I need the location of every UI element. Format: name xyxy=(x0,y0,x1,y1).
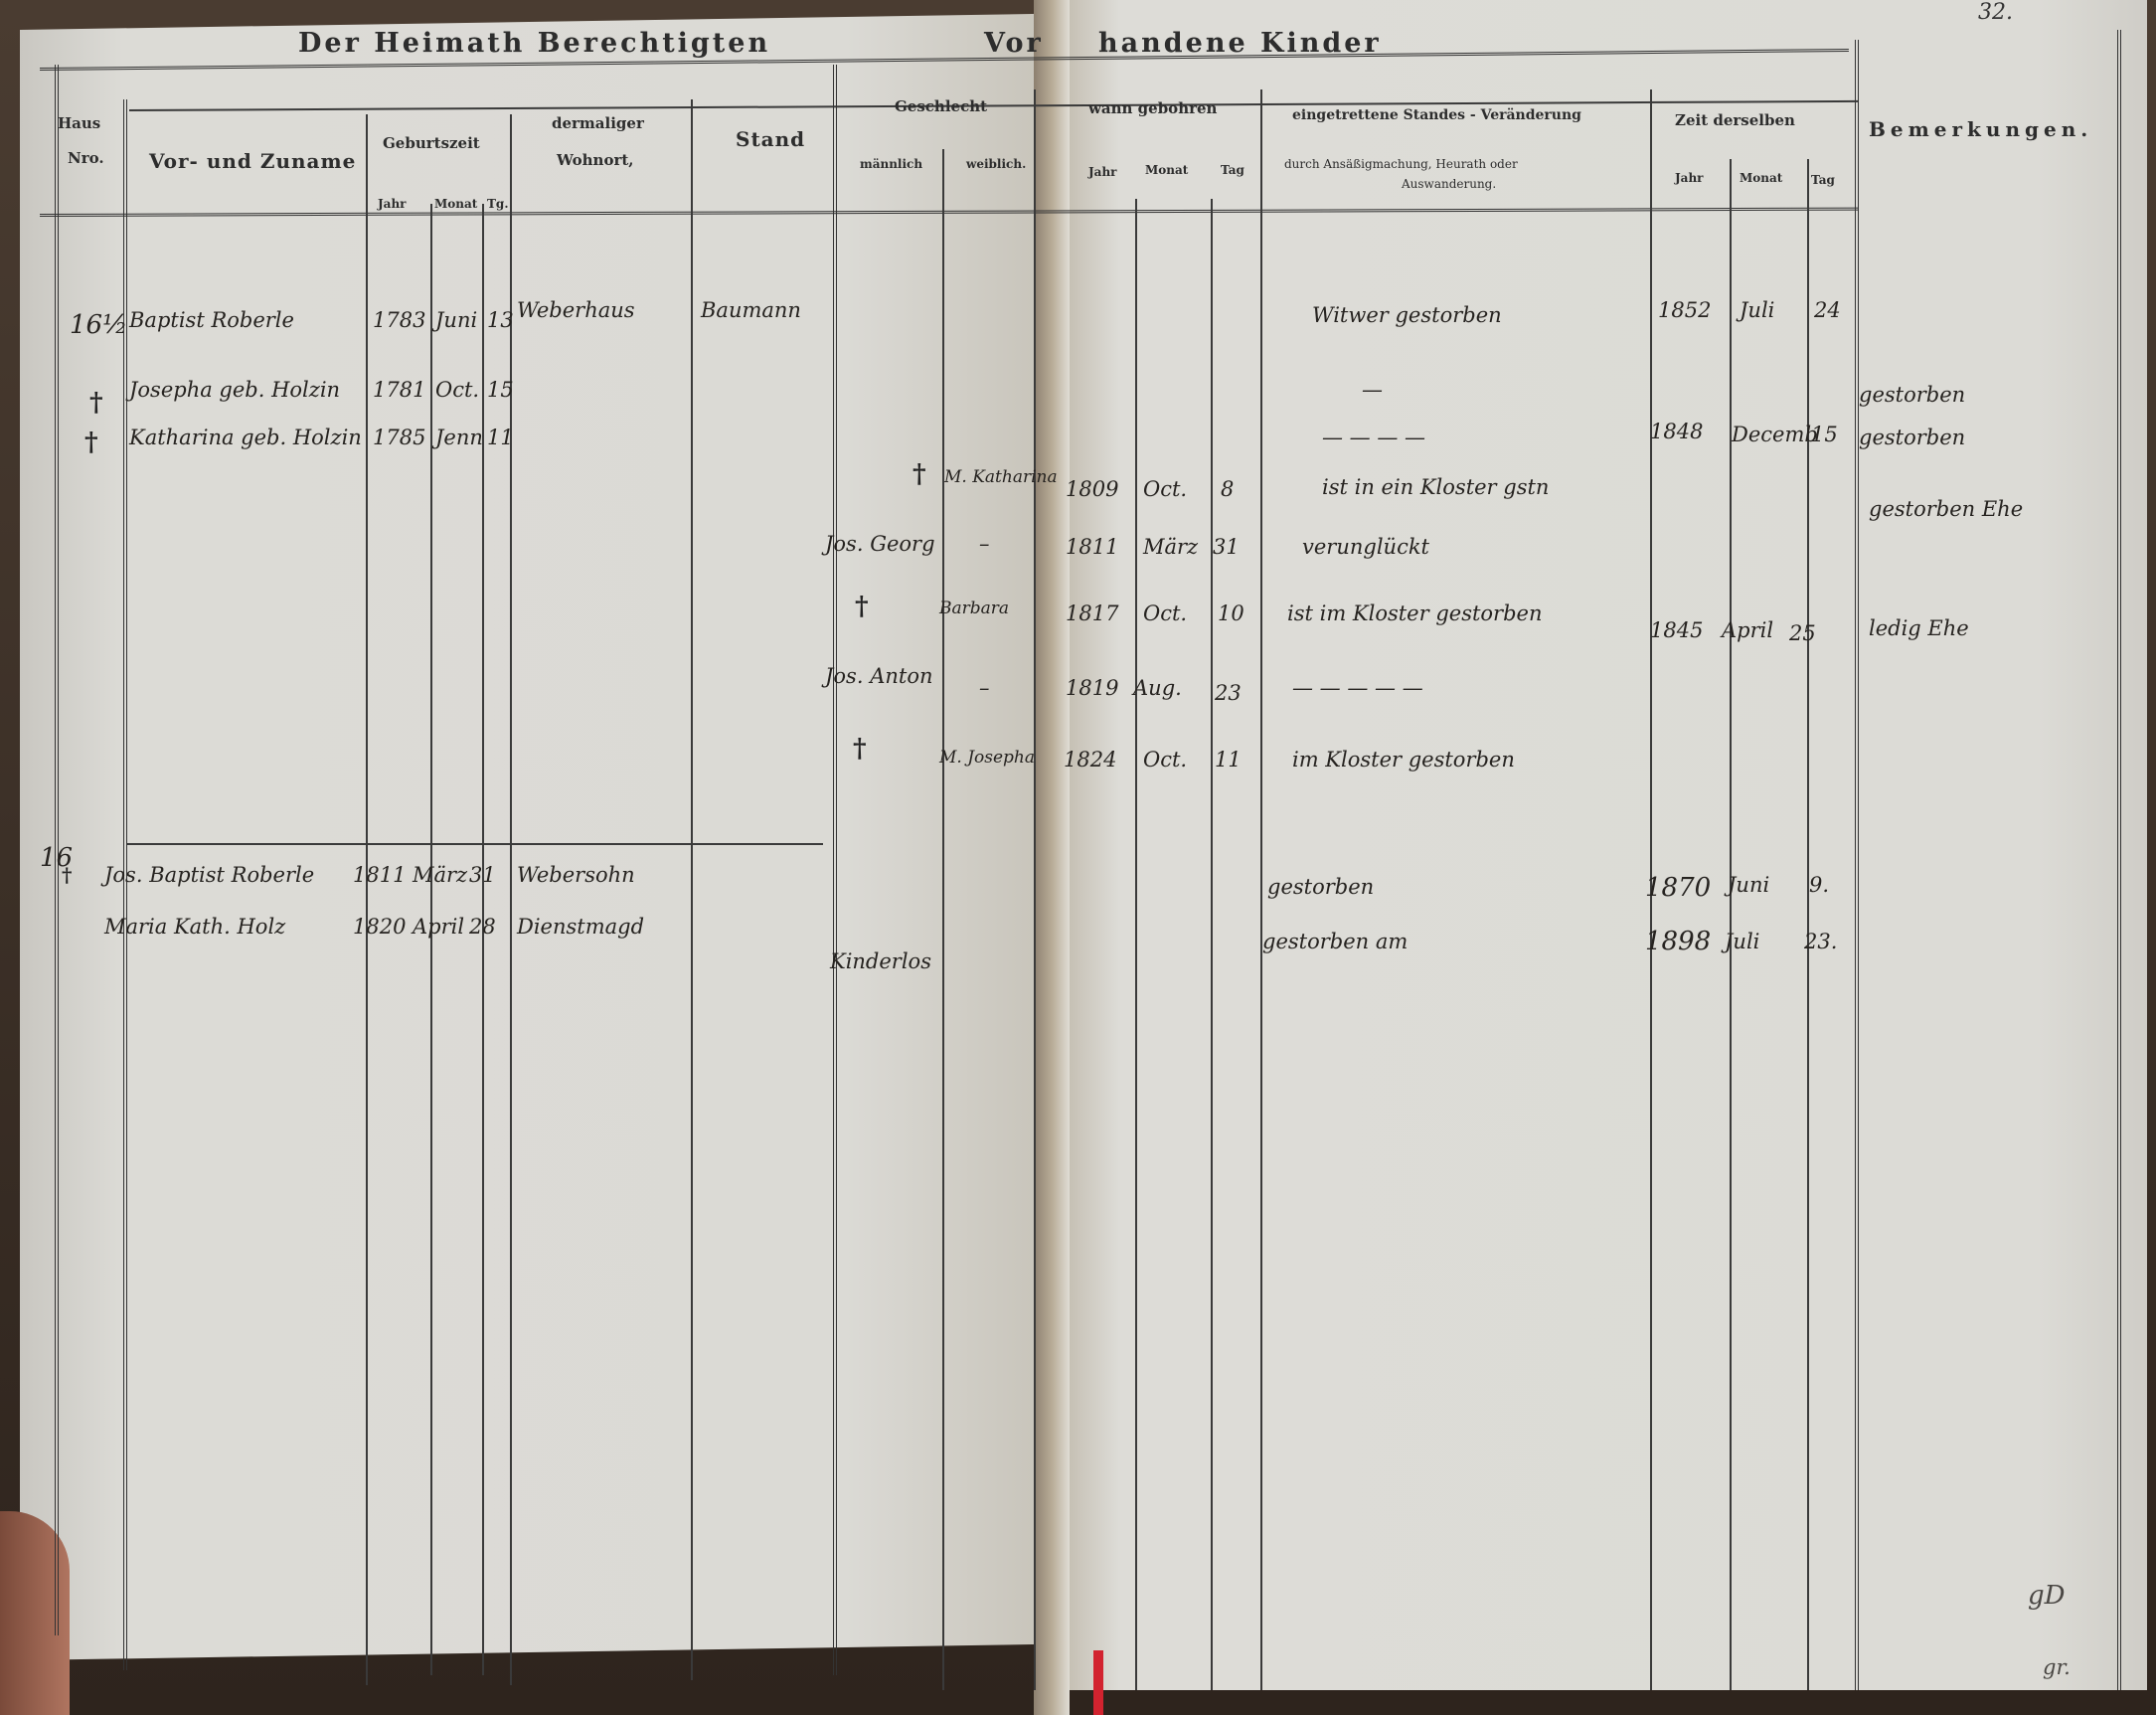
vline-stand xyxy=(833,65,837,1675)
col-geburtszeit: Geburtszeit xyxy=(383,134,480,152)
child-day: 23 xyxy=(1215,681,1242,705)
entry-month: Oct. xyxy=(435,378,479,402)
page-number: 32. xyxy=(1978,0,2013,25)
vline-z-monat xyxy=(1807,159,1809,1690)
child-day: 31 xyxy=(1213,535,1240,559)
entry-c-day: 9. xyxy=(1809,873,1829,897)
bookmark-ribbon xyxy=(1093,1650,1103,1715)
margin-mark: gr. xyxy=(2043,1655,2071,1679)
child-year: 1809 xyxy=(1066,477,1118,501)
entry-c-month: Juli xyxy=(1725,930,1759,953)
col-geb-tag: Tg. xyxy=(487,197,509,211)
col-geb-monat: Monat xyxy=(434,197,477,211)
death-cross-mark: † xyxy=(62,863,72,887)
entry-c-year: 1848 xyxy=(1650,420,1703,443)
entry-change: — — — — xyxy=(1322,426,1425,449)
entry-name: Baptist Roberle xyxy=(129,308,294,332)
entry-note: gestorben xyxy=(1859,426,1965,449)
col-veraenderung-sub-1: durch Ansäßigmachung, Heurath oder xyxy=(1284,157,1518,171)
entry-c-year: 1870 xyxy=(1645,873,1711,903)
child-month: Oct. xyxy=(1143,477,1187,501)
entry-year: 1785 xyxy=(373,426,425,449)
child-female: – xyxy=(979,532,990,556)
child-year: 1817 xyxy=(1066,601,1118,625)
entry-year: 1811 xyxy=(353,863,406,887)
entry-day: 28 xyxy=(469,915,496,939)
entry-wohnort: Webersohn xyxy=(517,863,635,887)
entry-month: Juni xyxy=(435,308,477,332)
child-day: 10 xyxy=(1218,601,1244,625)
child-month: Oct. xyxy=(1143,601,1187,625)
entry-name: Katharina geb. Holzin xyxy=(129,426,362,449)
col-k-monat: Monat xyxy=(1145,163,1188,177)
margin-mark: gD xyxy=(2028,1581,2066,1611)
left-page xyxy=(20,14,1054,1660)
col-bemerkungen: Bemerkungen. xyxy=(1869,117,2092,141)
child-month: Oct. xyxy=(1143,748,1187,772)
child-change: ist im Kloster gestorben xyxy=(1287,601,1542,625)
col-wohnort-1: dermaliger xyxy=(552,114,644,132)
child-month: Aug. xyxy=(1133,676,1182,700)
child-note: ledig Ehe xyxy=(1869,616,1969,640)
entry-month: April xyxy=(413,915,464,939)
entry-c-day: 15 xyxy=(1811,423,1838,446)
col-wohnort-2: Wohnort, xyxy=(557,151,634,169)
vline-monat xyxy=(482,204,484,1675)
entry-year: 1781 xyxy=(373,378,425,402)
col-z-tag: Tag xyxy=(1811,173,1835,187)
vline-k-tag xyxy=(1260,89,1262,1690)
child-c-day: 25 xyxy=(1789,621,1816,645)
entry-month: Jenn xyxy=(435,426,483,449)
entry-c-month: Juli xyxy=(1740,298,1774,322)
child-change: — — — — — xyxy=(1292,676,1423,700)
col-k-jahr: Jahr xyxy=(1088,165,1117,179)
col-wann-gebohren: wann gebohren xyxy=(1088,99,1217,117)
child-c-year: 1845 xyxy=(1650,618,1703,642)
child-month: März xyxy=(1143,535,1198,559)
col-veraenderung: eingetrettene Standes - Veränderung xyxy=(1292,107,1581,123)
entry-c-day: 24 xyxy=(1814,298,1841,322)
child-note: gestorben Ehe xyxy=(1869,497,2023,521)
col-z-monat: Monat xyxy=(1740,171,1782,185)
entry-c-month: Juni xyxy=(1728,873,1769,897)
vline-weiblich xyxy=(1034,89,1036,1690)
entry-c-day: 23. xyxy=(1804,930,1837,953)
col-k-tag: Tag xyxy=(1221,163,1244,177)
child-day: 8 xyxy=(1221,477,1234,501)
col-stand: Stand xyxy=(736,127,805,151)
entry-year: 1783 xyxy=(373,308,425,332)
entry-day: 15 xyxy=(487,378,514,402)
child-male: Jos. Georg xyxy=(825,532,935,556)
vline-tag xyxy=(510,114,512,1685)
entry-c-year: 1898 xyxy=(1645,927,1711,956)
vline-wohnort xyxy=(691,99,693,1680)
child-year: 1811 xyxy=(1066,535,1118,559)
right-page xyxy=(1054,0,2147,1690)
death-cross-mark: † xyxy=(912,459,926,489)
child-female: M. Josepha xyxy=(939,748,1035,768)
col-haus: Haus xyxy=(58,114,100,132)
child-female: Barbara xyxy=(939,599,1009,618)
death-cross-mark: † xyxy=(855,592,869,621)
col-nro: Nro. xyxy=(68,149,104,167)
vline-k-monat xyxy=(1211,199,1213,1690)
vline-bemerkungen xyxy=(1855,40,1859,1690)
col-name: Vor- und Zuname xyxy=(149,149,356,173)
book-gutter xyxy=(1034,0,1070,1715)
child-change: ist in ein Kloster gstn xyxy=(1322,475,1549,499)
child-change: im Kloster gestorben xyxy=(1292,748,1515,772)
entry-name: Jos. Baptist Roberle xyxy=(104,863,314,887)
entry-haus: 16½ xyxy=(70,310,127,340)
death-cross-mark: † xyxy=(84,428,98,457)
thumb xyxy=(0,1511,70,1715)
entry-change: gestorben xyxy=(1267,875,1374,899)
entry-change: — xyxy=(1362,378,1383,402)
col-geschlecht: Geschlecht xyxy=(895,97,987,115)
vline-right-edge xyxy=(2117,30,2121,1690)
entry-month: März xyxy=(413,863,467,887)
title-heimath-berechtigten: Der Heimath Berechtigten xyxy=(298,28,770,59)
child-female: – xyxy=(979,676,990,700)
rule-entry-separator xyxy=(127,843,823,845)
child-year: 1824 xyxy=(1064,748,1116,772)
entry-c-month: Decemb xyxy=(1732,423,1818,446)
vline-jahr xyxy=(430,204,432,1675)
child-c-month: April xyxy=(1722,618,1773,642)
title-handene-kinder: handene Kinder xyxy=(1098,28,1382,59)
entry-day: 13 xyxy=(487,308,514,332)
vline-z-jahr xyxy=(1730,159,1732,1690)
col-zeit-derselben: Zeit derselben xyxy=(1675,111,1795,129)
entry-wohnort: Weberhaus xyxy=(517,298,635,322)
entry-year: 1820 xyxy=(353,915,406,939)
entry-note: gestorben xyxy=(1859,383,1965,407)
col-veraenderung-sub-2: Auswanderung. xyxy=(1402,177,1496,191)
entry-wohnort: Dienstmagd xyxy=(517,915,644,939)
entry-c-year: 1852 xyxy=(1658,298,1711,322)
col-weiblich: weiblich. xyxy=(966,157,1026,171)
entry-name: Maria Kath. Holz xyxy=(104,915,285,939)
entry-kinderlos: Kinderlos xyxy=(830,949,931,973)
col-geb-jahr: Jahr xyxy=(378,197,407,211)
entry-day: 31 xyxy=(469,863,496,887)
title-vor: Vor xyxy=(984,28,1044,59)
entry-change: Witwer gestorben xyxy=(1312,303,1502,327)
child-female: M. Katharina xyxy=(944,467,1058,487)
death-cross-mark: † xyxy=(853,734,867,764)
entry-day: 11 xyxy=(487,426,514,449)
vline-name xyxy=(366,114,368,1685)
vline-k-jahr xyxy=(1135,199,1137,1690)
entry-change: gestorben am xyxy=(1262,930,1408,953)
child-change: verunglückt xyxy=(1302,535,1429,559)
child-male: Jos. Anton xyxy=(825,664,933,688)
entry-name: Josepha geb. Holzin xyxy=(129,378,340,402)
entry-stand: Baumann xyxy=(701,298,801,322)
child-day: 11 xyxy=(1215,748,1242,772)
vline-maennlich xyxy=(942,149,944,1690)
death-cross-mark: † xyxy=(89,388,103,418)
col-maennlich: männlich xyxy=(860,157,922,171)
child-year: 1819 xyxy=(1066,676,1118,700)
col-z-jahr: Jahr xyxy=(1675,171,1704,185)
